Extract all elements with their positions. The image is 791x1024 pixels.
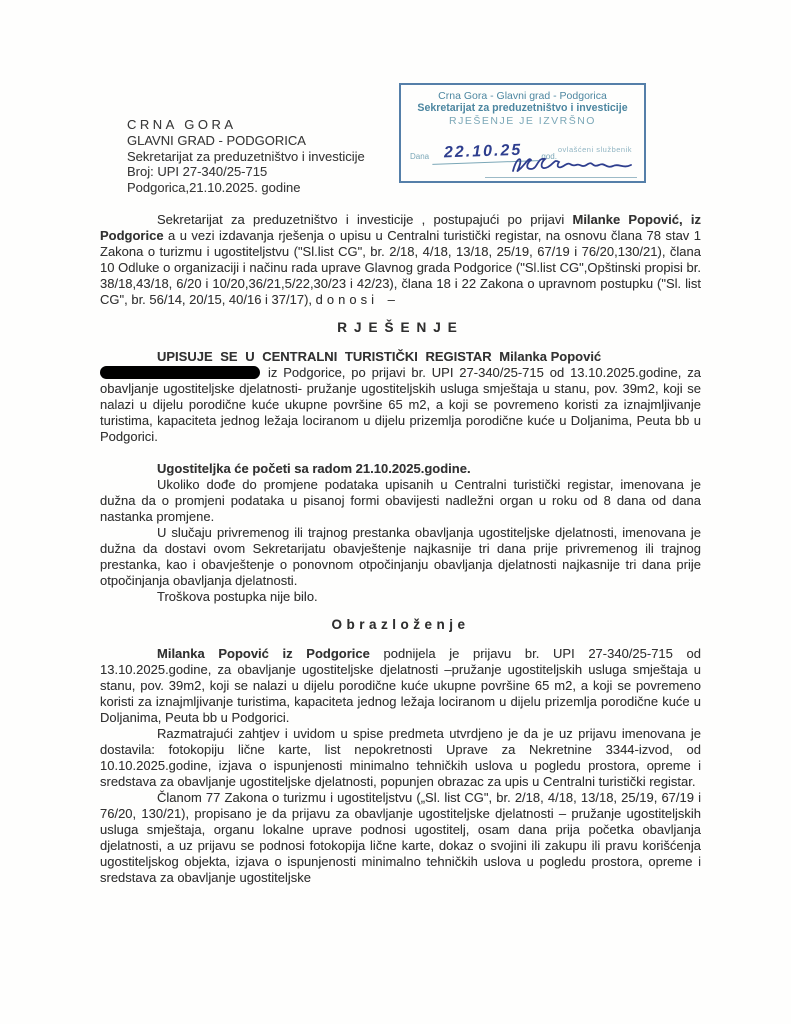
document-body: Sekretarijat za preduzetništvo i investi…	[100, 212, 701, 886]
letterhead-city: GLAVNI GRAD - PODGORICA	[127, 133, 365, 149]
execution-stamp: Crna Gora - Glavni grad - Podgorica Sekr…	[399, 83, 646, 183]
signature-line	[485, 149, 637, 178]
stamp-date-label: Dana	[410, 152, 429, 163]
costs-line: Troškova postupka nije bilo.	[100, 589, 701, 605]
letterhead-case-number: Broj: UPI 27-340/25-715	[127, 164, 365, 180]
letterhead-place-date: Podgorica,21.10.2025. godine	[127, 180, 365, 196]
rationale-paragraph-1: Milanka Popović iz Podgorice podnijela j…	[100, 646, 701, 726]
intro-text-2: a u vezi izdavanja rješenja o upisu u Ce…	[100, 228, 701, 307]
scanned-decision-page: CRNA GORA GLAVNI GRAD - PODGORICA Sekret…	[0, 0, 791, 1024]
rationale-paragraph-3: Članom 77 Zakona o turizmu i ugostiteljs…	[100, 790, 701, 886]
rationale-heading: Obrazloženje	[100, 617, 701, 633]
letterhead: CRNA GORA GLAVNI GRAD - PODGORICA Sekret…	[127, 117, 365, 196]
letterhead-department: Sekretarijat za preduzetništvo i investi…	[127, 149, 365, 165]
stamp-department-line: Sekretarijat za preduzetništvo i investi…	[401, 102, 644, 115]
stamp-enforceable-line: RJEŠENJE JE IZVRŠNO	[401, 115, 644, 128]
decision-paragraph: UPISUJE SE U CENTRALNI TURISTIČKI REGIST…	[100, 349, 701, 445]
decision-heading: RJEŠENJE	[100, 320, 701, 336]
change-notice-paragraph: Ukoliko dođe do promjene podataka upisan…	[100, 477, 701, 525]
intro-donosi: donosi –	[316, 292, 399, 307]
intro-paragraph: Sekretarijat za preduzetništvo i investi…	[100, 212, 701, 308]
registrant-name: Milanka Popović	[499, 349, 601, 364]
intro-text-1: Sekretarijat za preduzetništvo i investi…	[157, 212, 572, 227]
rationale-applicant-name: Milanka Popović iz Podgorice	[157, 646, 370, 661]
start-date-line: Ugostiteljka će početi sa radom 21.10.20…	[100, 461, 701, 477]
cessation-notice-paragraph: U slučaju privremenog ili trajnog presta…	[100, 525, 701, 589]
letterhead-country: CRNA GORA	[127, 117, 365, 133]
stamp-authority-line: Crna Gora - Glavni grad - Podgorica	[401, 90, 644, 102]
redaction-bar	[100, 366, 260, 379]
signature-icon	[507, 149, 637, 177]
decision-enacting-clause: UPISUJE SE U CENTRALNI TURISTIČKI REGIST…	[157, 349, 499, 364]
rationale-paragraph-2: Razmatrajući zahtjev i uvidom u spise pr…	[100, 726, 701, 790]
